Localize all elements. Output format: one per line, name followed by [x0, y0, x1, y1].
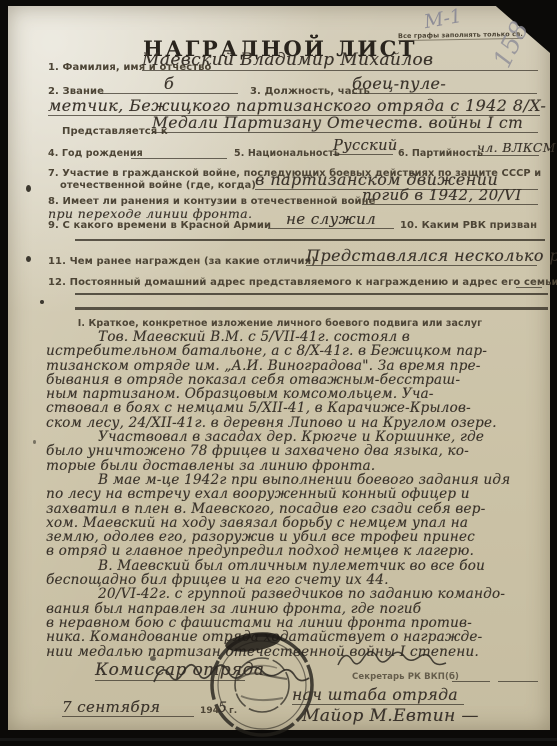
field9-value: не служил	[268, 210, 394, 229]
handwritten-line: истребительном батальоне, а с 8/X-41г. в…	[46, 344, 544, 358]
handwritten-line: беспощадно бил фрицев и на его счету их …	[46, 573, 544, 587]
handwritten-line: торые были доставлены за линию фронта.	[46, 459, 544, 473]
paper-speck	[40, 300, 44, 304]
handwritten-line: было уничтожено 78 фрицев и захвачено дв…	[46, 444, 544, 458]
handwritten-line: в отряд и главное предупредил подход нем…	[46, 544, 544, 558]
field8-value-line1: погиб в 1942, 20/VI	[362, 186, 538, 205]
handwritten-line: по лесу на встречу ехал вооруженный конн…	[46, 487, 544, 501]
ink-blot	[150, 656, 156, 661]
field3-value-line2: метчик, Бежицкого партизанского отряда с…	[48, 96, 540, 116]
presented-for-value: Медали Партизану Отечеств. войны I ст	[152, 114, 538, 133]
paper-speck	[26, 256, 31, 262]
handwritten-citation: Тов. Маевский В.М. с 5/VII-41г. состоял …	[46, 330, 544, 659]
chief-of-staff-title: нач штаба отряда	[292, 686, 464, 705]
field12-blank-line-1	[75, 293, 548, 295]
field12-label: 12. Постоянный домашний адрес представля…	[48, 277, 557, 288]
field12-blank-line-2	[75, 307, 548, 310]
field4-blank-line	[131, 158, 227, 159]
handwritten-line: В. Маевский был отличным пулеметчик во в…	[46, 559, 544, 573]
handwritten-line: вания был направлен за линию фронта, где…	[46, 602, 544, 616]
scanned-award-sheet: Все графы заполнять только св. М-1 158 Н…	[0, 0, 557, 746]
field9-label: 9. С какого времени в Красной Армии	[48, 220, 271, 231]
field3-value-line1: боец-пуле-	[352, 74, 537, 94]
date-handwritten-day: 7 сентября	[62, 698, 194, 717]
handwritten-line: хом. Маевский на ходу завязал борьбу с н…	[46, 516, 544, 530]
field8-value-line2: при переходе линии фронта.	[48, 206, 252, 221]
date-printed-year: 194	[200, 706, 219, 716]
field10-label: 10. Каким РВК призван	[400, 220, 537, 231]
handwritten-line: ным партизаном. Образцовым комсомольцем.…	[46, 387, 544, 401]
field7-label-line2: отечественной войне (где, когда)	[60, 180, 256, 191]
secretary-label: Секретарь РК ВКП(б)	[352, 672, 459, 682]
field2-value: б	[100, 74, 238, 94]
field12-trailing-line	[516, 287, 542, 288]
field4-label: 4. Год рождения	[48, 148, 143, 159]
date-handwritten-year-digit: 5	[218, 700, 227, 716]
field6-label: 6. Партийность	[398, 148, 483, 159]
secretary-signature-scribble	[335, 643, 450, 673]
field1-value: Маевский Владимир Михайлов	[142, 50, 538, 71]
handwritten-line: бывания в отряде показал себя отважным-б…	[46, 373, 544, 387]
handwritten-line: землю, одолев его, разоружив и убил все …	[46, 530, 544, 544]
field5-label: 5. Национальность	[234, 148, 340, 159]
field11-label: 11. Чем ранее награжден (за какие отличи…	[48, 256, 316, 267]
pencil-annotation-m1: М-1	[422, 5, 463, 33]
handwritten-line: Участвовал в засадах дер. Крюгче и Корши…	[46, 430, 544, 444]
field11-value: Представлялся несколько раз	[306, 246, 537, 266]
secretary-blank-line-1	[452, 681, 490, 682]
field5-value: Русский	[333, 138, 393, 155]
handwritten-line: 20/VI-42г. с группой разведчиков по зада…	[46, 587, 544, 601]
handwritten-line: тизанском отряде им. „А.И. Виноградова".…	[46, 359, 544, 373]
paper-speck	[33, 440, 36, 444]
handwritten-line: ском лесу, 24/XII-41г. в деревня Липово …	[46, 416, 544, 430]
date-printed-g: г.	[229, 706, 237, 716]
section-title: I. Краткое, конкретное изложение личного…	[60, 318, 500, 329]
handwritten-line: Тов. Маевский В.М. с 5/VII-41г. состоял …	[46, 330, 544, 344]
chief-of-staff-signature: Майор М.Евтин —	[302, 706, 479, 726]
document-content: Все графы заполнять только св. М-1 158 Н…	[0, 0, 557, 746]
handwritten-line: захватил в плен в. Маевского, посадив ег…	[46, 502, 544, 516]
paper-speck	[26, 185, 31, 192]
scan-bottom-edge	[0, 738, 557, 741]
handwritten-line: В мае м-це 1942г при выполнении боевого …	[46, 473, 544, 487]
handwritten-line: ствовал в боях с немцами 5/XII-41, в Кар…	[46, 401, 544, 415]
separator-rule-1	[75, 239, 545, 241]
secretary-blank-line-2	[498, 681, 538, 682]
field6-value: чл. ВЛКСМ	[477, 140, 539, 156]
